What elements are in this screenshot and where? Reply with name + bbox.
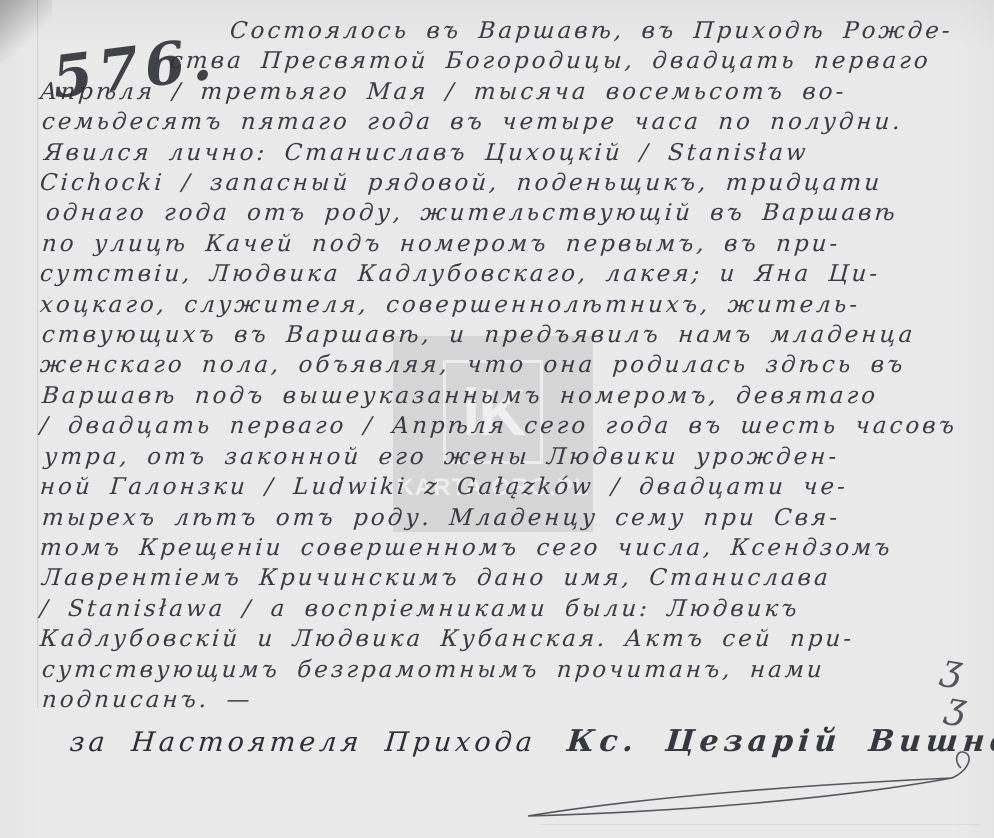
manuscript-line-17: тырехъ лѣтъ отъ роду. Младенцу сему при … xyxy=(41,503,981,533)
signature-prefix: за Настоятеля Прихода xyxy=(69,727,538,758)
manuscript-line-12: женскаго пола, объявляя, что она родилас… xyxy=(39,350,981,380)
manuscript-line-11: ствующихъ въ Варшавѣ, и предъявилъ намъ … xyxy=(41,320,981,350)
manuscript-line-18: томъ Крещеніи совершенномъ сего числа, К… xyxy=(39,533,981,563)
manuscript-line-19: Лаврентіемъ Кричинскимъ дано имя, Станис… xyxy=(41,563,981,593)
manuscript-line-8: по улицѣ Качей подъ номеромъ первымъ, въ… xyxy=(41,229,981,259)
manuscript-line-9: сутствіи, Людвика Кадлубовскаго, лакея; … xyxy=(39,259,981,289)
document-page: iK KARTA.ORG.PL 576. Состоялось въ Варша… xyxy=(0,0,994,838)
manuscript-line-4: семьдесятъ пятаго года въ четыре часа по… xyxy=(41,107,981,137)
manuscript-line-6: Cichocki / запасный рядовой, поденьщикъ,… xyxy=(39,168,981,198)
manuscript-line-13: Варшавѣ подъ вышеуказаннымъ номеромъ, де… xyxy=(41,381,981,411)
manuscript-line-16: ной Галонзки / Ludwiki z Gałązków / двад… xyxy=(39,472,981,502)
manuscript-line-3: Апрѣля / третьяго Мая / тысяча восемьсот… xyxy=(39,77,981,107)
manuscript-line-7: однаго года отъ роду, жительствующій въ … xyxy=(45,198,981,228)
manuscript-line-15: утра, отъ законной его жены Людвики урож… xyxy=(43,442,981,472)
manuscript-line-20: / Stanisława / а воспріемниками были: Лю… xyxy=(39,594,981,624)
manuscript-line-14: / двадцать перваго / Апрѣля сего года въ… xyxy=(39,411,981,441)
manuscript-line-10: хоцкаго, служителя, совершеннолѣтнихъ, ж… xyxy=(39,290,981,320)
margin-rule xyxy=(37,0,38,708)
manuscript-line-21: Кадлубовскій и Людвика Кубанская. Актъ с… xyxy=(39,624,981,654)
manuscript-line-23: подписанъ. — xyxy=(41,685,981,715)
manuscript-line-1: Состоялось въ Варшавѣ, въ Приходѣ Рожде- xyxy=(229,16,981,46)
signature-flourish xyxy=(520,750,990,830)
manuscript-line-2: ства Пресвятой Богородицы, двадцать перв… xyxy=(169,46,981,76)
manuscript-text: Состоялось въ Варшавѣ, въ Приходѣ Рожде-… xyxy=(40,16,980,715)
manuscript-line-5: Явился лично: Станиславъ Цихоцкій / Stan… xyxy=(43,138,981,168)
manuscript-line-22: сутствующимъ безграмотнымъ прочитанъ, на… xyxy=(41,655,981,685)
